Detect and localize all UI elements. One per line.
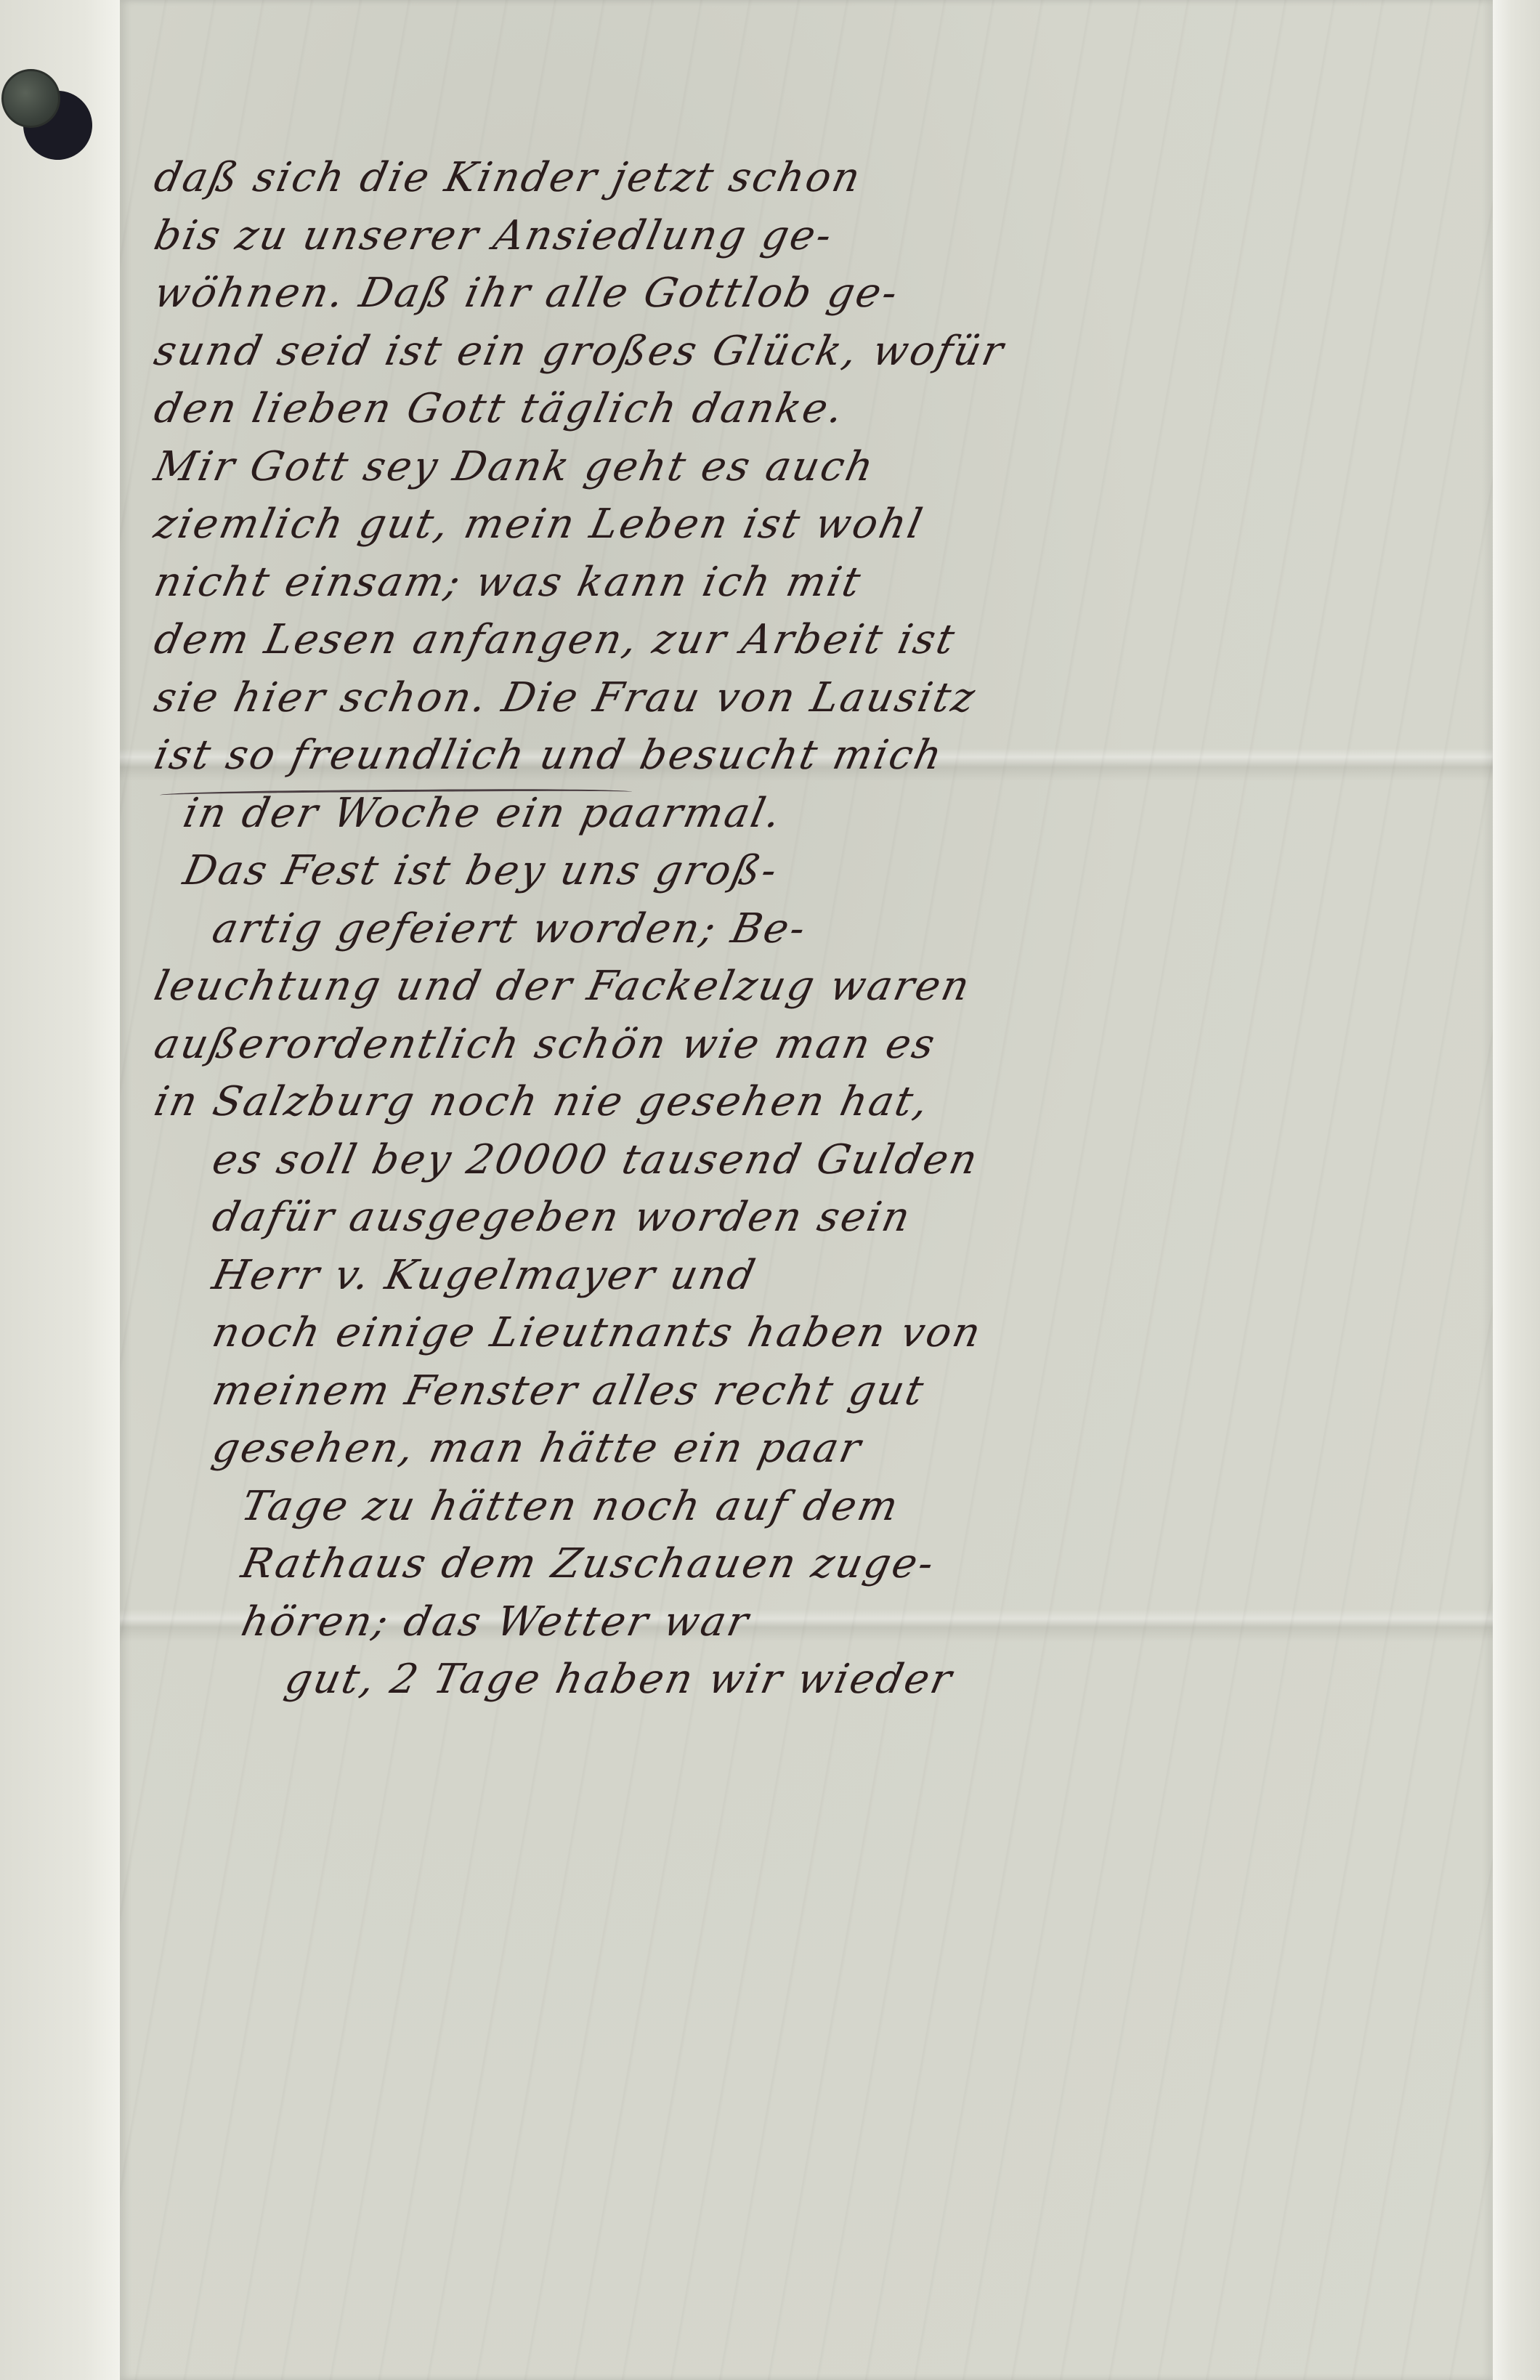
letter-line: leuchtung und der Fackelzug waren: [149, 958, 1491, 1016]
letter-line: in Salzburg noch nie gesehen hat,: [149, 1073, 1491, 1131]
letter-line: den lieben Gott täglich danke.: [149, 380, 1491, 438]
background-sheet-right: [1493, 0, 1540, 2380]
letter-line: dem Lesen anfangen, zur Arbeit ist: [149, 611, 1491, 669]
letter-line: Herr v. Kugelmayer und: [149, 1247, 1491, 1305]
letter-line: hören; das Wetter war: [149, 1593, 1491, 1651]
letter-line: sund seid ist ein großes Glück, wofür: [149, 323, 1491, 381]
letter-line: noch einige Lieutnants haben von: [149, 1304, 1491, 1362]
letter-line: gesehen, man hätte ein paar: [149, 1420, 1491, 1478]
letter-line: bis zu unserer Ansiedlung ge-: [149, 207, 1491, 265]
letter-line: Rathaus dem Zuschauen zuge-: [149, 1535, 1491, 1593]
letter-line: artig gefeiert worden; Be-: [149, 900, 1491, 958]
letter-line: ziemlich gut, mein Leben ist wohl: [149, 495, 1491, 554]
letter-line: wöhnen. Daß ihr alle Gottlob ge-: [149, 264, 1491, 323]
letter-line: in der Woche ein paarmal.: [149, 785, 1491, 843]
letter-page: daß sich die Kinder jetzt schon bis zu u…: [120, 0, 1493, 2380]
letter-line: ist so freundlich und besucht mich: [149, 726, 1491, 785]
letter-line: nicht einsam; was kann ich mit: [149, 554, 1491, 612]
pushpin-head: [1, 69, 60, 128]
letter-line: Das Fest ist bey uns groß-: [149, 842, 1491, 900]
letter-line: Mir Gott sey Dank geht es auch: [149, 438, 1491, 496]
letter-line: dafür ausgegeben worden sein: [149, 1189, 1491, 1247]
letter-line: Tage zu hätten noch auf dem: [149, 1478, 1491, 1536]
letter-line: es soll bey 20000 tausend Gulden: [149, 1131, 1491, 1189]
letter-line: meinem Fenster alles recht gut: [149, 1362, 1491, 1420]
pushpin-icon: [1, 69, 89, 149]
letter-body: daß sich die Kinder jetzt schon bis zu u…: [149, 149, 1478, 1709]
background-sheet-left: [0, 0, 120, 2380]
letter-line: außerordentlich schön wie man es: [149, 1016, 1491, 1074]
letter-line: sie hier schon. Die Frau von Lausitz: [149, 669, 1491, 727]
letter-line: gut, 2 Tage haben wir wieder: [149, 1651, 1491, 1709]
letter-line: daß sich die Kinder jetzt schon: [149, 149, 1491, 207]
